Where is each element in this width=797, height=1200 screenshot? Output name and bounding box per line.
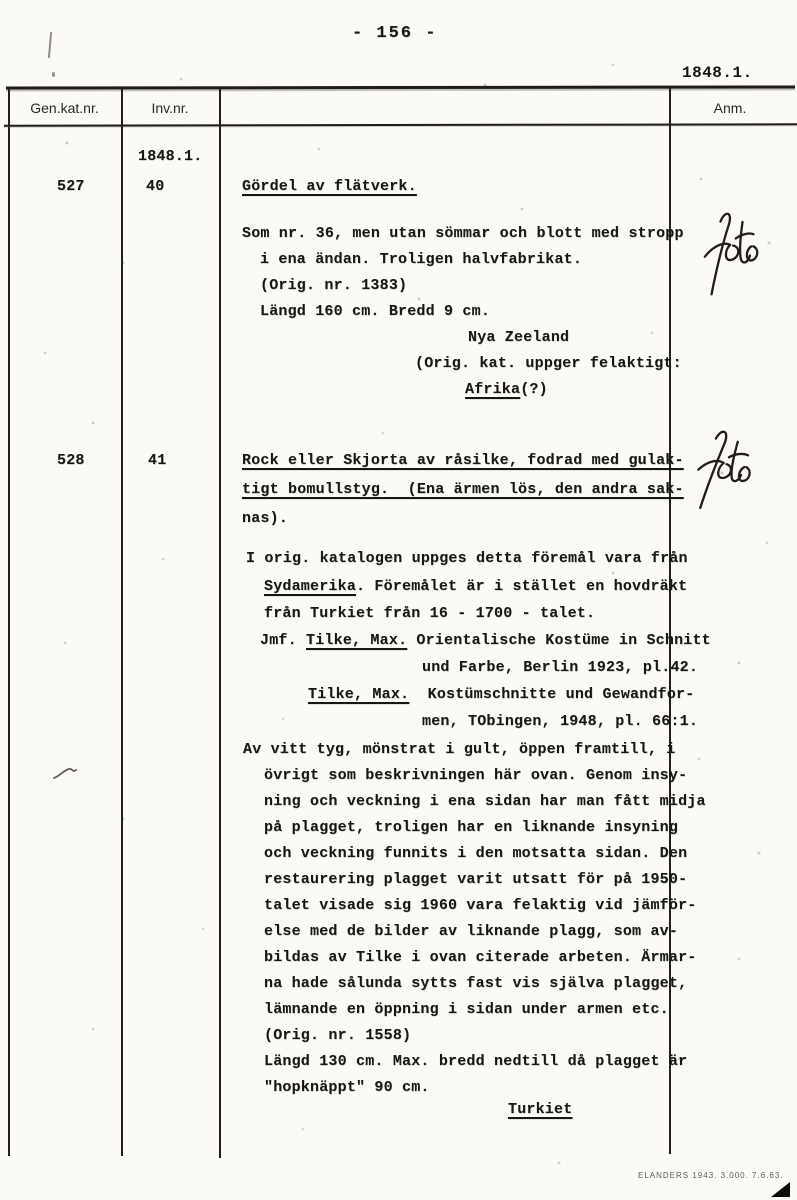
text-line: (Orig. nr. 1383) bbox=[260, 276, 407, 295]
text-line: bildas av Tilke i ovan citerade arbeten.… bbox=[264, 948, 696, 967]
text-line: "hopknäppt" 90 cm. bbox=[264, 1078, 430, 1097]
text-line: övrigt som beskrivningen här ovan. Genom… bbox=[264, 766, 687, 785]
text-line: Jmf. Tilke, Max. Orientalische Kostüme i… bbox=[260, 631, 711, 650]
printer-imprint: ELANDERS 1943. 3.000. 7.6.63. bbox=[638, 1171, 784, 1180]
text-line: ning och veckning i ena sidan har man få… bbox=[264, 792, 706, 811]
gen-kat-nr: 527 bbox=[57, 177, 85, 196]
scan-corner-fold bbox=[771, 1182, 790, 1197]
origin-label: Turkiet bbox=[508, 1100, 572, 1119]
entry-title: tigt bomullstyg. (Ena ärmen lös, den and… bbox=[242, 480, 684, 499]
foto-annotation bbox=[689, 423, 756, 526]
text-line: I orig. katalogen uppges detta föremål v… bbox=[246, 549, 688, 568]
table-divider-inv-main bbox=[219, 88, 221, 1158]
text-line: Som nr. 36, men utan sömmar och blott me… bbox=[242, 224, 684, 243]
column-header-anm: Anm. bbox=[669, 100, 791, 116]
origin-label: Nya Zeeland bbox=[468, 328, 569, 347]
foto-handwriting-icon bbox=[694, 203, 763, 307]
text-line: talet visade sig 1960 vara felaktig vid … bbox=[264, 896, 696, 915]
text-line: else med de bilder av liknande plagg, so… bbox=[264, 922, 678, 941]
text-line: und Farbe, Berlin 1923, pl.42. bbox=[422, 658, 698, 677]
catalog-ref: 1848.1. bbox=[682, 64, 753, 82]
table-border-left bbox=[8, 88, 10, 1156]
pen-squiggle-icon bbox=[52, 764, 80, 782]
text-line: na hade sålunda sytts fast vis själva pl… bbox=[264, 974, 687, 993]
text-line: Sydamerika. Föremålet är i stället en ho… bbox=[264, 577, 687, 596]
text-line: restaurering plagget varit utsatt för på… bbox=[264, 870, 687, 889]
table-border-top bbox=[6, 85, 795, 89]
text-line: Av vitt tyg, mönstrat i gult, öppen fram… bbox=[243, 740, 675, 759]
text-line: och veckning funnits i den motsatta sida… bbox=[264, 844, 687, 863]
table-divider-genkat-inv bbox=[121, 88, 123, 1156]
entry-title: Rock eller Skjorta av råsilke, fodrad me… bbox=[242, 451, 684, 470]
table-divider-main-anm bbox=[669, 88, 671, 1154]
inv-nr: 41 bbox=[148, 451, 166, 470]
text-line: (Orig. kat. uppger felaktigt: bbox=[415, 354, 682, 373]
text-line: i ena ändan. Troligen halvfabrikat. bbox=[260, 250, 582, 269]
text-line: Tilke, Max. Kostümschnitte und Gewandfor… bbox=[308, 685, 694, 704]
foto-handwriting-icon bbox=[690, 423, 757, 521]
foto-annotation bbox=[694, 203, 763, 312]
column-header-gen-kat-nr: Gen.kat.nr. bbox=[8, 100, 121, 116]
text-line: (Orig. nr. 1558) bbox=[264, 1026, 411, 1045]
scan-stray-dot bbox=[52, 72, 55, 77]
inv-nr: 40 bbox=[146, 177, 164, 196]
entry-title: nas). bbox=[242, 509, 288, 528]
text-line: på plagget, troligen har en liknande ins… bbox=[264, 818, 678, 837]
column-header-inv-nr: Inv.nr. bbox=[121, 100, 219, 116]
text-line: men, TObingen, 1948, pl. 66:1. bbox=[422, 712, 698, 731]
text-line: Längd 160 cm. Bredd 9 cm. bbox=[260, 302, 490, 321]
text-line: Afrika(?) bbox=[465, 380, 548, 399]
text-line: Längd 130 cm. Max. bredd nedtill då plag… bbox=[264, 1052, 687, 1071]
page-number: - 156 - bbox=[352, 24, 437, 43]
scanned-catalog-page: - 156 - 1848.1. Gen.kat.nr. Inv.nr. Anm.… bbox=[0, 0, 797, 1200]
text-line: från Turkiet från 16 - 1700 - talet. bbox=[264, 604, 595, 623]
inv-year: 1848.1. bbox=[138, 147, 202, 166]
gen-kat-nr: 528 bbox=[57, 451, 85, 470]
scan-speckles bbox=[0, 0, 2, 2]
entry-title: Gördel av flätverk. bbox=[242, 177, 417, 196]
scan-stray-mark bbox=[48, 32, 52, 58]
text-line: lämnande en öppning i sidan under armen … bbox=[264, 1000, 669, 1019]
margin-squiggle-mark bbox=[52, 764, 80, 787]
